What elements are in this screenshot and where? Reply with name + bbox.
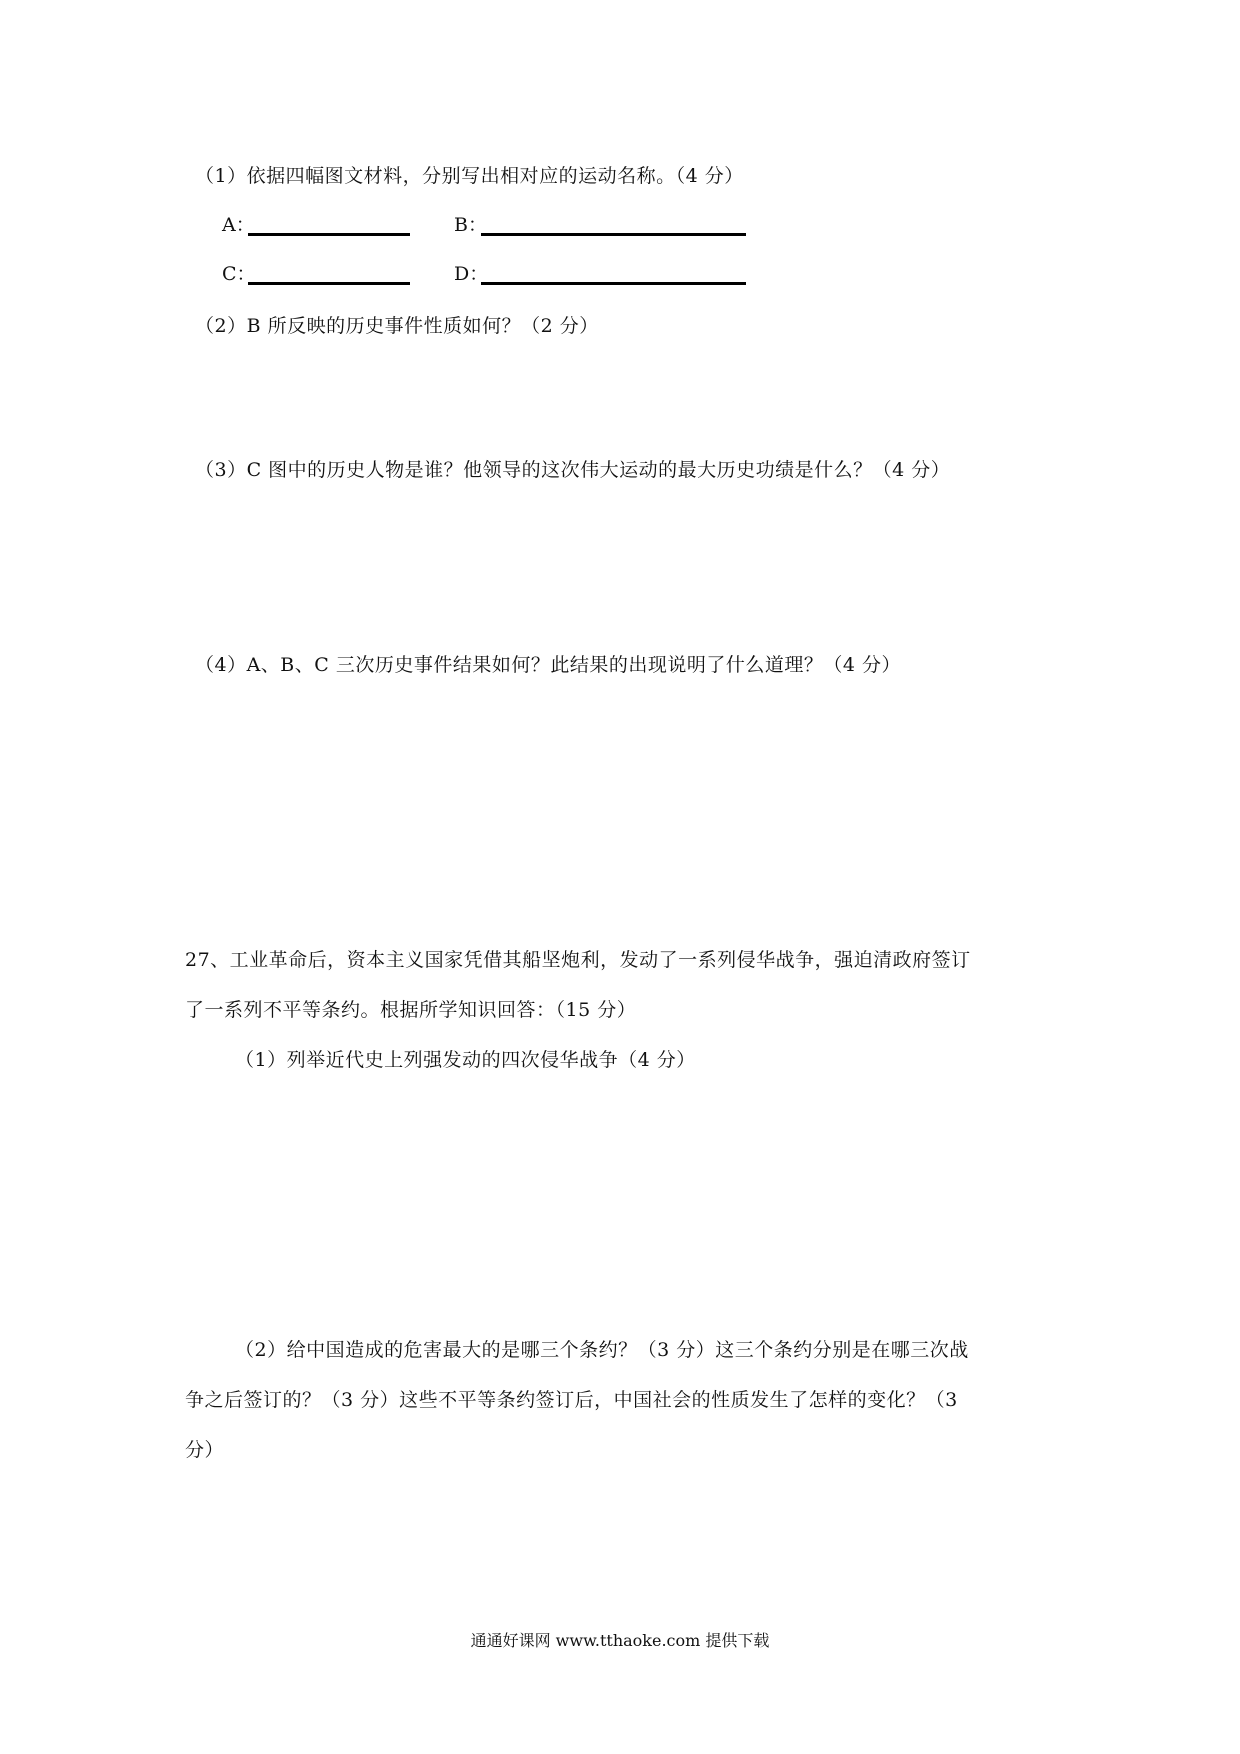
q26-sub4-prompt: （4）A、B、C 三次历史事件结果如何？此结果的出现说明了什么道理？（4 分） — [195, 653, 901, 677]
q27-sub2-prompt-line1: （2）给中国造成的危害最大的是哪三个条约？（3 分）这三个条约分别是在哪三次战 — [235, 1338, 969, 1362]
q27-sub1-answer-area[interactable] — [185, 1080, 1055, 1330]
footer-text: 通通好课网 www.tthaoke.com 提供下载 — [471, 1631, 770, 1650]
blank-underline-a[interactable] — [248, 233, 410, 236]
q27-sub1-prompt: （1）列举近代史上列强发动的四次侵华战争（4 分） — [235, 1048, 696, 1072]
blank-underline-d[interactable] — [481, 282, 746, 285]
q26-sub2-answer-area[interactable] — [185, 345, 1055, 445]
q26-sub3-prompt: （3）C 图中的历史人物是谁？他领导的这次伟大运动的最大历史功绩是什么？（4 分… — [195, 458, 950, 482]
q27-sub2-answer-area[interactable] — [185, 1470, 1055, 1610]
page-footer: 通通好课网 www.tthaoke.com 提供下载 — [0, 1630, 1240, 1652]
q27-stem-line2: 了一系列不平等条约。根据所学知识回答：（15 分） — [185, 998, 636, 1022]
q26-sub2-prompt: （2）B 所反映的历史事件性质如何？（2 分） — [195, 314, 599, 338]
q27-sub2-prompt-line3: 分） — [185, 1438, 224, 1462]
blank-underline-b[interactable] — [481, 233, 746, 236]
q26-sub4-answer-area[interactable] — [185, 685, 1055, 925]
q26-sub3-answer-area[interactable] — [185, 490, 1055, 640]
q27-sub2-prompt-line2: 争之后签订的？（3 分）这些不平等条约签订后，中国社会的性质发生了怎样的变化？（… — [185, 1388, 958, 1412]
q26-sub1-prompt: （1）依据四幅图文材料，分别写出相对应的运动名称。（4 分） — [195, 164, 744, 188]
q27-stem-line1: 27、工业革命后，资本主义国家凭借其船坚炮利，发动了一系列侵华战争，强迫清政府签… — [185, 948, 971, 972]
blank-underline-c[interactable] — [248, 282, 410, 285]
